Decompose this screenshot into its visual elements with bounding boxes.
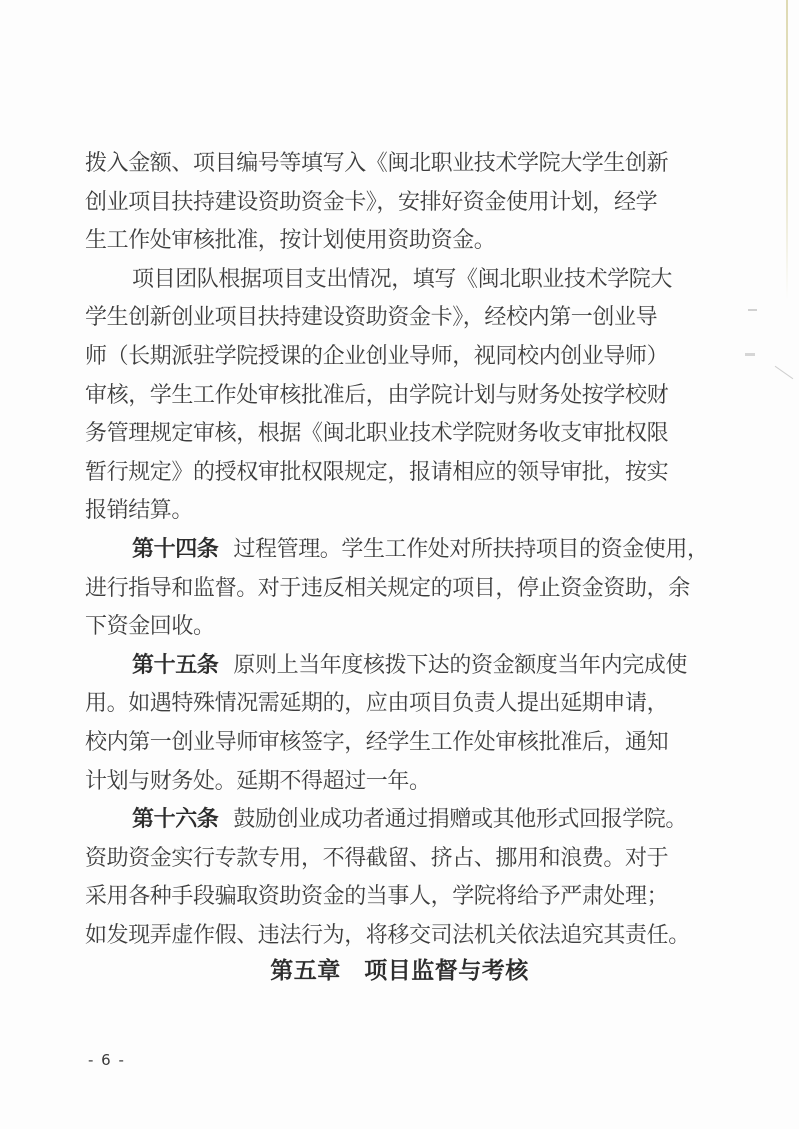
article-number: 第十五条 xyxy=(132,652,218,677)
scan-artifact-line xyxy=(786,0,788,300)
article-number: 第十六条 xyxy=(132,806,218,831)
article-text: 过程管理。学生工作处对所扶持项目的资金使用， xyxy=(233,536,708,561)
text-line: 如发现弄虚作假、违法行为，将移交司法机关依法追究其责任。 xyxy=(85,916,685,955)
text-line: 生工作处审核批准，按计划使用资助资金。 xyxy=(85,221,685,260)
text-line: 第十六条鼓励创业成功者通过捐赠或其他形式回报学院。 xyxy=(85,800,685,839)
text-line: 第十五条原则上当年度核拨下达的资金额度当年内完成使 xyxy=(85,646,685,685)
article-text: 原则上当年度核拨下达的资金额度当年内完成使 xyxy=(233,652,687,677)
text-line: 创业项目扶持建设资助资金卡》，安排好资金使用计划，经学 xyxy=(85,183,685,222)
text-line: 审核，学生工作处审核批准后，由学院计划与财务处按学校财 xyxy=(85,376,685,415)
article-text: 鼓励创业成功者通过捐赠或其他形式回报学院。 xyxy=(233,806,687,831)
text-line: 计划与财务处。延期不得超过一年。 xyxy=(85,762,685,801)
text-line: 第十四条过程管理。学生工作处对所扶持项目的资金使用， xyxy=(85,530,685,569)
document-page: 拨入金额、项目编号等填写入《闽北职业技术学院大学生创新 创业项目扶持建设资助资金… xyxy=(0,0,799,1129)
text-line: 采用各种手段骗取资助资金的当事人，学院将给予严肃处理； xyxy=(85,877,685,916)
text-line: 报销结算。 xyxy=(85,491,685,530)
text-line: 师（长期派驻学院授课的企业创业导师，视同校内创业导师） xyxy=(85,337,685,376)
document-body: 拨入金额、项目编号等填写入《闽北职业技术学院大学生创新 创业项目扶持建设资助资金… xyxy=(85,144,685,954)
text-line: 校内第一创业导师审核签字，经学生工作处审核批准后，通知 xyxy=(85,723,685,762)
text-line: 暂行规定》的授权审批权限规定，报请相应的领导审批，按实 xyxy=(85,453,685,492)
article-number: 第十四条 xyxy=(132,536,218,561)
text-line: 项目团队根据项目支出情况，填写《闽北职业技术学院大 xyxy=(85,260,685,299)
text-line: 下资金回收。 xyxy=(85,607,685,646)
page-number: - 6 - xyxy=(88,1051,125,1069)
text-line: 用。如遇特殊情况需延期的，应由项目负责人提出延期申请， xyxy=(85,684,685,723)
chapter-heading: 第五章 项目监督与考核 xyxy=(0,952,799,985)
scan-artifact-mark xyxy=(748,309,757,311)
text-line: 进行指导和监督。对于违反相关规定的项目，停止资金资助，余 xyxy=(85,569,685,608)
text-line: 学生创新创业项目扶持建设资助资金卡》，经校内第一创业导 xyxy=(85,298,685,337)
text-line: 拨入金额、项目编号等填写入《闽北职业技术学院大学生创新 xyxy=(85,144,685,183)
scan-artifact-mark xyxy=(745,353,755,356)
text-line: 务管理规定审核，根据《闽北职业技术学院财务收支审批权限 xyxy=(85,414,685,453)
scan-artifact-scratch xyxy=(775,366,794,379)
text-line: 资助资金实行专款专用，不得截留、挤占、挪用和浪费。对于 xyxy=(85,839,685,878)
